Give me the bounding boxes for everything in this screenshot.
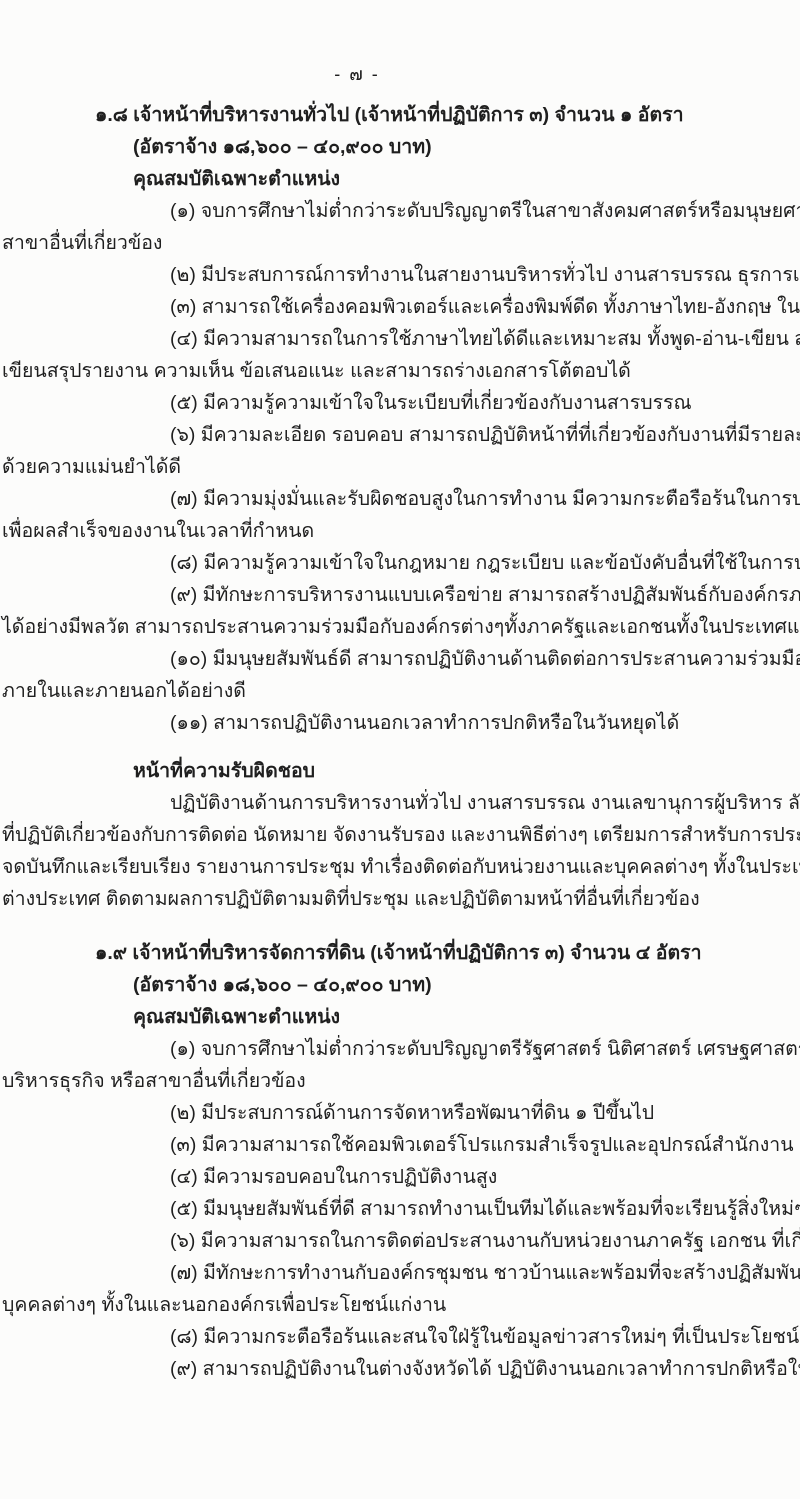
- page-number: - ๗ -: [0, 0, 714, 90]
- responsibility-line: จดบันทึกและเรียบเรียง รายงานการประชุม ทำ…: [0, 852, 800, 884]
- qualification-line: (๑) จบการศึกษาไม่ต่ำกว่าระดับปริญญาตรีรั…: [0, 1034, 800, 1066]
- qualification-line: สาขาอื่นที่เกี่ยวข้อง: [0, 228, 800, 260]
- responsibility-line: ปฏิบัติงานด้านการบริหารงานทั่วไป งานสารบ…: [0, 788, 800, 820]
- qualification-line: (๓) มีความสามารถใช้คอมพิวเตอร์โปรแกรมสำเ…: [0, 1130, 800, 1162]
- qualification-line: เพื่อผลสำเร็จของงานในเวลาที่กำหนด: [0, 516, 800, 548]
- document-content: ๑.๘ เจ้าหน้าที่บริหารงานทั่วไป (เจ้าหน้า…: [0, 100, 800, 1386]
- qualification-line: (๗) มีความมุ่งมั่นและรับผิดชอบสูงในการทำ…: [0, 484, 800, 516]
- section-title: ๑.๙ เจ้าหน้าที่บริหารจัดการที่ดิน (เจ้าห…: [0, 938, 800, 970]
- qualification-line: บุคคลต่างๆ ทั้งในและนอกองค์กรเพื่อประโยช…: [0, 1290, 800, 1322]
- qualification-line: (๔) มีความสามารถในการใช้ภาษาไทยได้ดีและเ…: [0, 324, 800, 356]
- qualification-line: บริหารธุรกิจ หรือสาขาอื่นที่เกี่ยวข้อง: [0, 1066, 800, 1098]
- qualification-line: ด้วยความแม่นยำได้ดี: [0, 452, 800, 484]
- section-title: ๑.๘ เจ้าหน้าที่บริหารงานทั่วไป (เจ้าหน้า…: [0, 100, 800, 132]
- responsibility-line: ที่ปฏิบัติเกี่ยวข้องกับการติดต่อ นัดหมาย…: [0, 820, 800, 852]
- qualification-line: (๑๑) สามารถปฏิบัติงานนอกเวลาทำการปกติหรื…: [0, 708, 800, 740]
- qualification-line: (๙) มีทักษะการบริหารงานแบบเครือข่าย สามา…: [0, 580, 800, 612]
- qualification-line: (๖) มีความละเอียด รอบคอบ สามารถปฏิบัติหน…: [0, 420, 800, 452]
- qualification-line: (๕) มีมนุษยสัมพันธ์ที่ดี สามารถทำงานเป็น…: [0, 1194, 800, 1226]
- qualification-line: (๒) มีประสบการณ์ด้านการจัดหาหรือพัฒนาที่…: [0, 1098, 800, 1130]
- qualification-line: (๔) มีความรอบคอบในการปฏิบัติงานสูง: [0, 1162, 800, 1194]
- qualification-line: (๖) มีความสามารถในการติดต่อประสานงานกับห…: [0, 1226, 800, 1258]
- qualification-line: เขียนสรุปรายงาน ความเห็น ข้อเสนอแนะ และส…: [0, 356, 800, 388]
- responsibility-line: ต่างประเทศ ติดตามผลการปฏิบัติตามมติที่ปร…: [0, 884, 800, 916]
- qualification-line: (๙) สามารถปฏิบัติงานในต่างจังหวัดได้ ปฏิ…: [0, 1354, 800, 1386]
- qualification-line: (๒) มีประสบการณ์การทำงานในสายงานบริหารทั…: [0, 260, 800, 292]
- qualification-line: (๗) มีทักษะการทำงานกับองค์กรชุมชน ชาวบ้า…: [0, 1258, 800, 1290]
- scanned-document-page: - ๗ - ๑.๘ เจ้าหน้าที่บริหารงานทั่วไป (เจ…: [0, 0, 800, 1499]
- qualification-line: (๑๐) มีมนุษยสัมพันธ์ดี สามารถปฏิบัติงานด…: [0, 644, 800, 676]
- qualifications-heading: คุณสมบัติเฉพาะตำแหน่ง: [0, 164, 800, 196]
- qualification-line: ได้อย่างมีพลวัต สามารถประสานความร่วมมือก…: [0, 612, 800, 644]
- qualification-line: ภายในและภายนอกได้อย่างดี: [0, 676, 800, 708]
- qualification-line: (๕) มีความรู้ความเข้าใจในระเบียบที่เกี่ย…: [0, 388, 800, 420]
- qualifications-heading: คุณสมบัติเฉพาะตำแหน่ง: [0, 1002, 800, 1034]
- qualification-line: (๓) สามารถใช้เครื่องคอมพิวเตอร์และเครื่อ…: [0, 292, 800, 324]
- salary-line: (อัตราจ้าง ๑๘,๖๐๐ – ๔๐,๙๐๐ บาท): [0, 132, 800, 164]
- responsibilities-heading: หน้าที่ความรับผิดชอบ: [0, 756, 800, 788]
- qualification-line: (๘) มีความกระตือรือร้นและสนใจใฝ่รู้ในข้อ…: [0, 1322, 800, 1354]
- qualification-line: (๘) มีความรู้ความเข้าใจในกฎหมาย กฎระเบีย…: [0, 548, 800, 580]
- salary-line: (อัตราจ้าง ๑๘,๖๐๐ – ๔๐,๙๐๐ บาท): [0, 970, 800, 1002]
- qualification-line: (๑) จบการศึกษาไม่ต่ำกว่าระดับปริญญาตรีใน…: [0, 196, 800, 228]
